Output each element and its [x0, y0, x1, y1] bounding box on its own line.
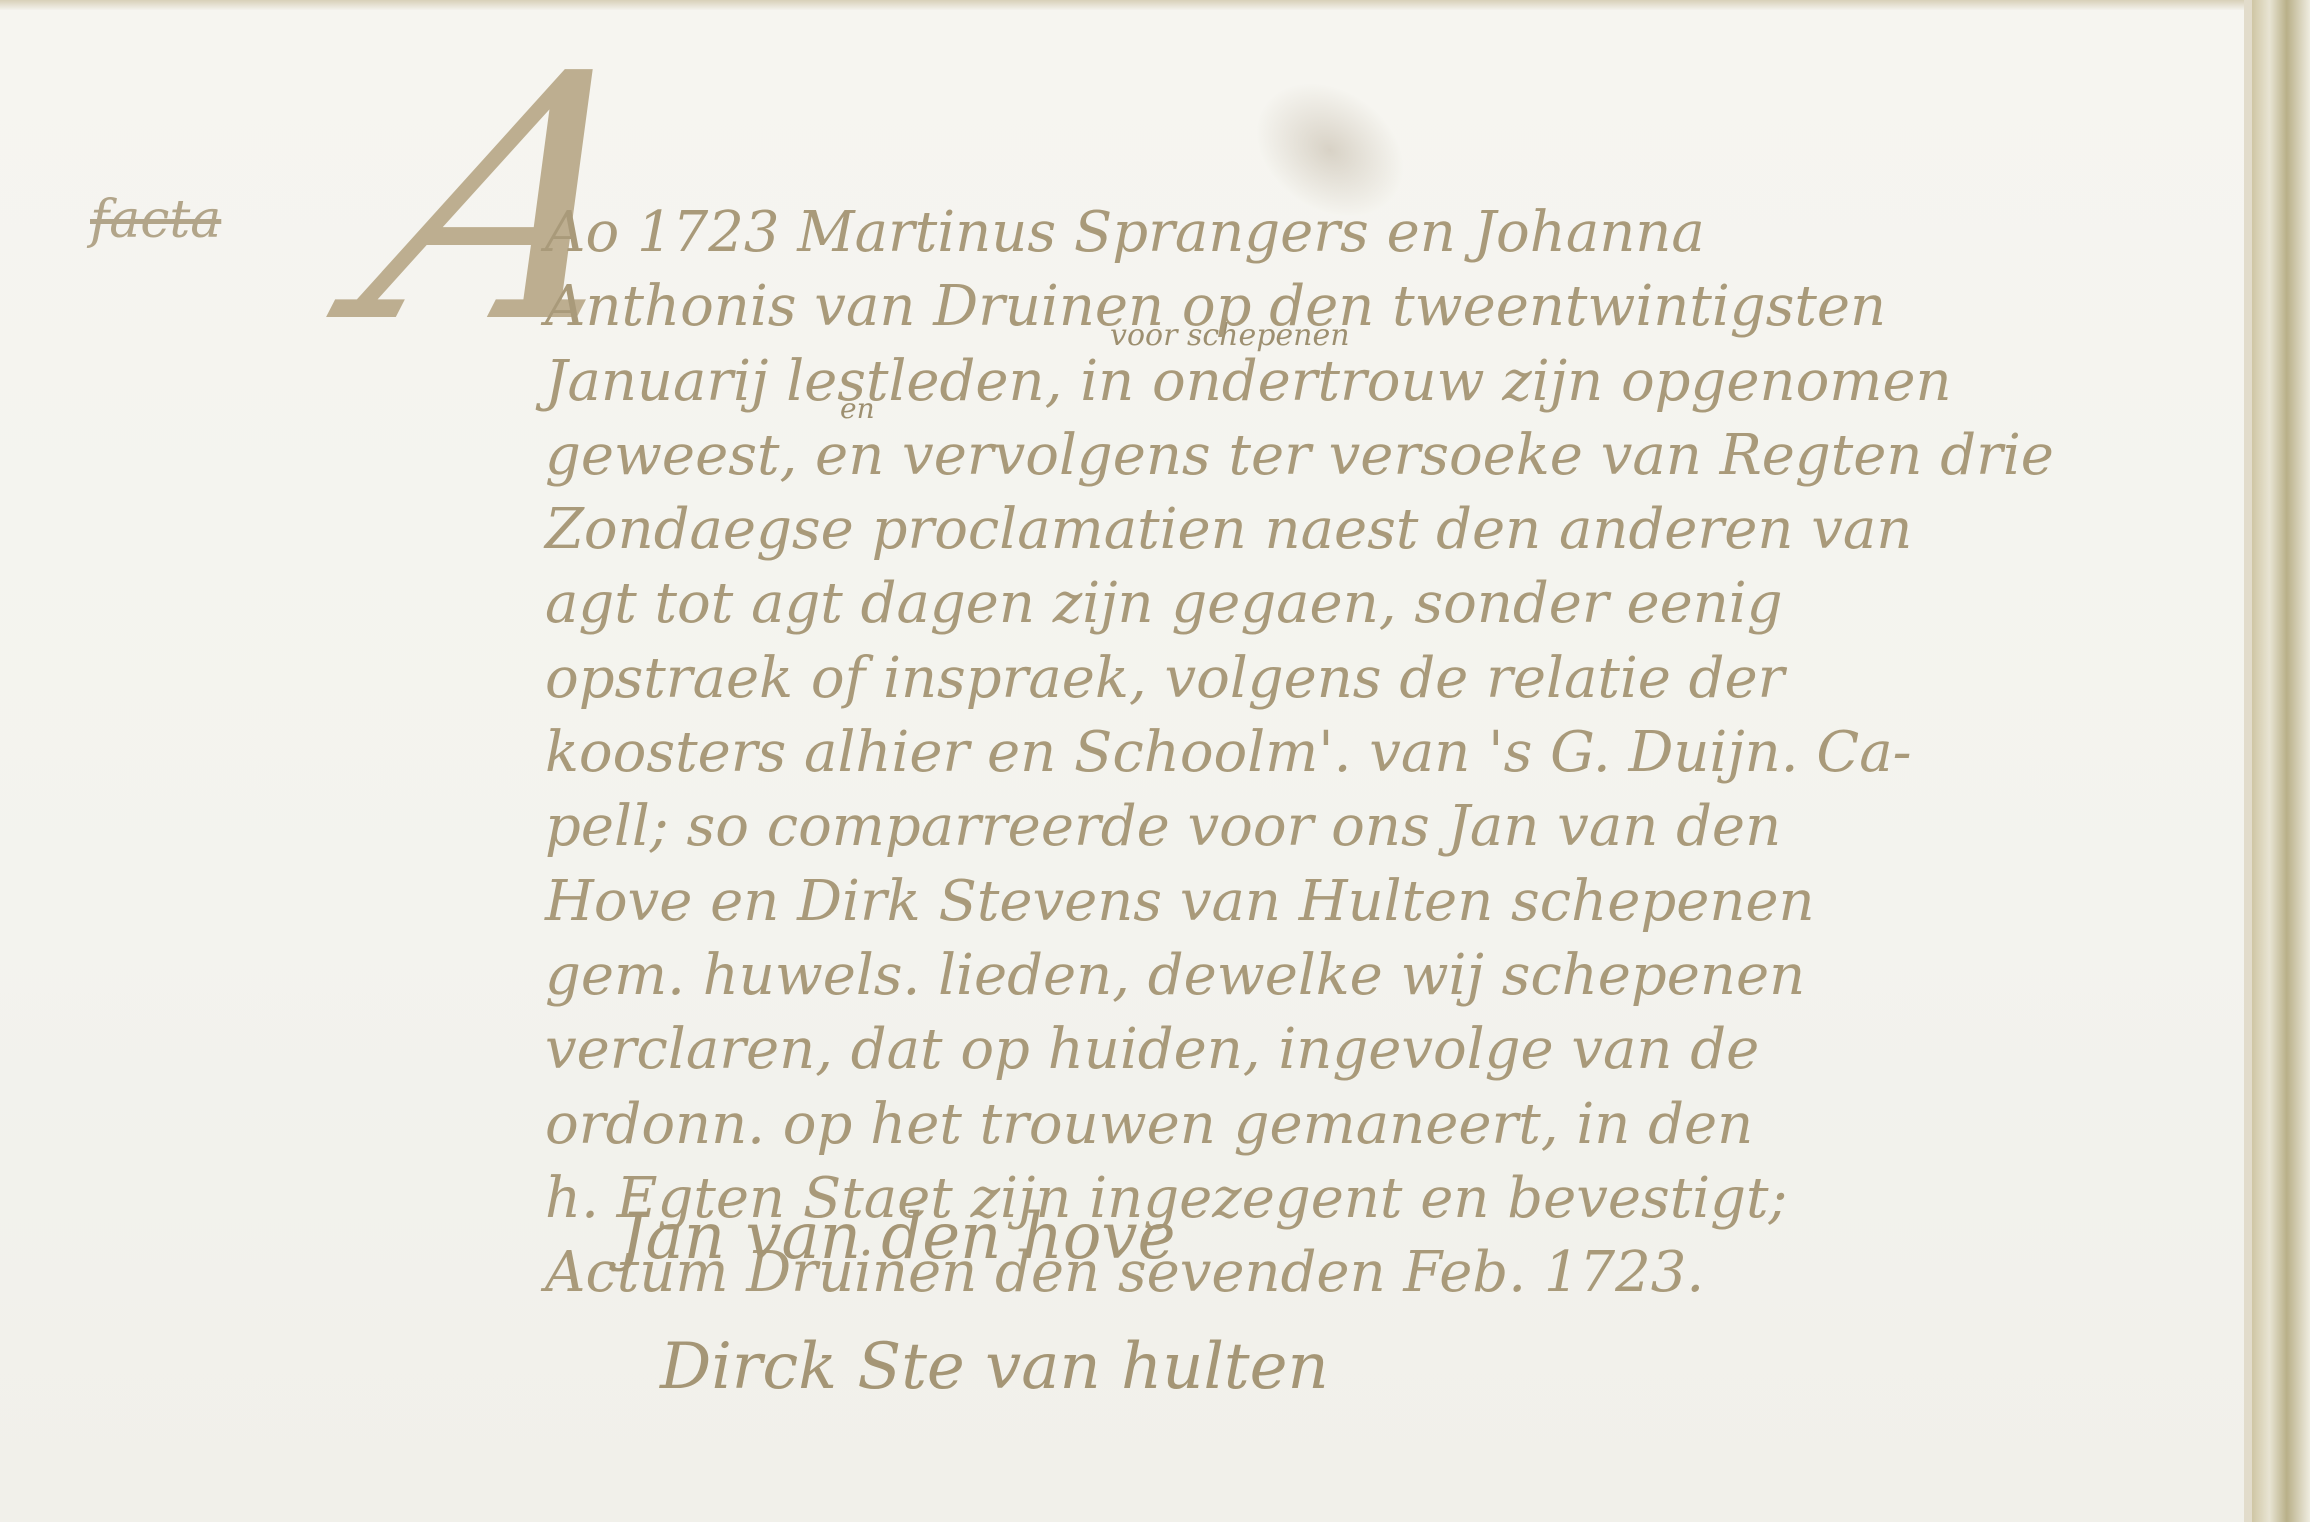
signature-dirck-van-hulten: Dirck Ste van hulten [660, 1330, 1329, 1404]
text-line: Hove en Dirk Stevens van Hulten schepene… [545, 865, 2235, 939]
text-line: ordonn. op het trouwen gemaneert, in den [545, 1088, 2235, 1162]
text-line: Ao 1723 Martinus Sprangers en Johanna [545, 196, 2235, 270]
text-line: koosters alhier en Schoolm'. van 's G. D… [545, 716, 2235, 790]
text-line: Anthonis van Druinen op den tweentwintig… [545, 270, 2235, 344]
text-line: gem. huwels. lieden, dewelke wij schepen… [545, 939, 2235, 1013]
signature-jan-van-den-hove: Jan van den hove [620, 1200, 1175, 1274]
manuscript-page: facta A voor schepenen en Ao 1723 Martin… [0, 0, 2252, 1522]
text-line: agt tot agt dagen zijn gegaen, sonder ee… [545, 567, 2235, 641]
text-line: Zondaegse proclamatien naest den anderen… [545, 493, 2235, 567]
book-binding-edge [2252, 0, 2310, 1522]
margin-note: facta [90, 190, 221, 250]
entry-text: Ao 1723 Martinus Sprangers en Johanna An… [545, 196, 2235, 1310]
text-line: opstraek of inspraek, volgens de relatie… [545, 642, 2235, 716]
text-line: verclaren, dat op huiden, ingevolge van … [545, 1013, 2235, 1087]
page-edge-shadow [2244, 0, 2252, 1522]
text-line: geweest, en vervolgens ter versoeke van … [545, 419, 2235, 493]
text-line: pell; so comparreerde voor ons Jan van d… [545, 790, 2235, 864]
text-line: Januarij lestleden, in ondertrouw zijn o… [545, 345, 2235, 419]
